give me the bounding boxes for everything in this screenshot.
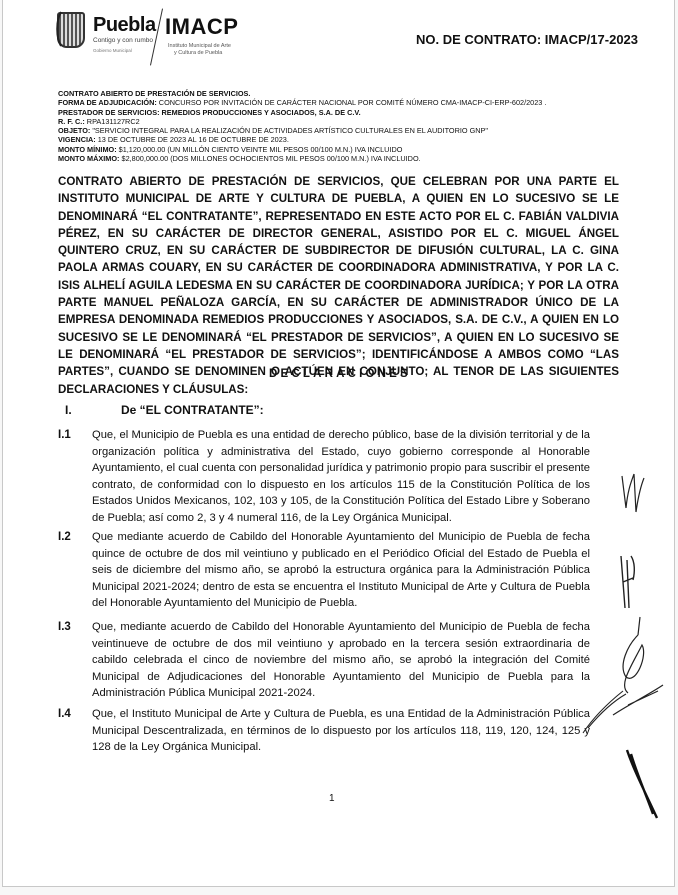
prestador-label: PRESTADOR DE SERVICIOS: REMEDIOS PRODUCC… [58,108,361,117]
item-number: I.2 [58,531,71,543]
page-number: 1 [329,793,335,804]
vigencia-value: 13 DE OCTUBRE DE 2023 AL 16 DE OCTUBRE D… [96,135,289,144]
item-number: I.4 [58,708,71,720]
monto-min-value: $1,120,000.00 (UN MILLÓN CIENTO VEINTE M… [117,145,403,154]
declaraciones-heading: DECLARACIONES [269,368,411,380]
section-number: I. [65,403,72,417]
declaration-item: Que mediante acuerdo de Cabildo del Hono… [92,529,590,612]
signature-stroke-icon [623,748,663,823]
imacp-logo-text: IMACP [165,14,238,40]
item-number: I.1 [58,429,71,441]
declaration-item: Que, el Instituto Municipal de Arte y Cu… [92,706,590,756]
section-title: De “EL CONTRATANTE”: [121,403,264,417]
objeto-label: OBJETO: [58,126,90,135]
imacp-logo-sub: Instituto Municipal de Arte y Cultura de… [168,43,248,57]
monto-min-label: MONTO MÍNIMO: [58,145,117,154]
adjudicacion-label: FORMA DE ADJUDICACIÓN: [58,98,157,107]
imacp-sub-line2: y Cultura de Puebla [168,50,248,57]
contract-meta: CONTRATO ABIERTO DE PRESTACIÓN DE SERVIC… [58,89,618,163]
puebla-logo-text: Puebla [93,14,156,37]
signature-stroke-icon [578,688,628,738]
monto-max-value: $2,800,000.00 (DOS MILLONES OCHOCIENTOS … [119,154,420,163]
signature-initials-icon [618,468,648,518]
vigencia-label: VIGENCIA: [58,135,96,144]
adjudicacion-value: CONCURSO POR INVITACIÓN DE CARÁCTER NACI… [157,98,547,107]
document-page: Puebla Contigo y con rumbo Gobierno Muni… [2,0,675,887]
contract-number: NO. DE CONTRATO: IMACP/17-2023 [416,32,638,47]
rfc-value: RPA131127RC2 [85,117,140,126]
objeto-value: "SERVICIO INTEGRAL PARA LA REALIZACIÓN D… [90,126,488,135]
contract-preamble: CONTRATO ABIERTO DE PRESTACIÓN DE SERVIC… [58,173,619,398]
signature-mark-icon [53,10,67,48]
declaration-item: Que, mediante acuerdo de Cabildo del Hon… [92,619,590,702]
item-number: I.3 [58,621,71,633]
puebla-logo-tagline: Contigo y con rumbo [93,37,153,44]
rfc-label: R. F. C.: [58,117,85,126]
meta-title: CONTRATO ABIERTO DE PRESTACIÓN DE SERVIC… [58,89,250,98]
declaration-item: Que, el Municipio de Puebla es una entid… [92,427,590,527]
monto-max-label: MONTO MÁXIMO: [58,154,119,163]
signature-initials-icon [615,552,643,612]
puebla-logo-sub: Gobierno Municipal [93,48,132,53]
imacp-sub-line1: Instituto Municipal de Arte [168,43,248,50]
